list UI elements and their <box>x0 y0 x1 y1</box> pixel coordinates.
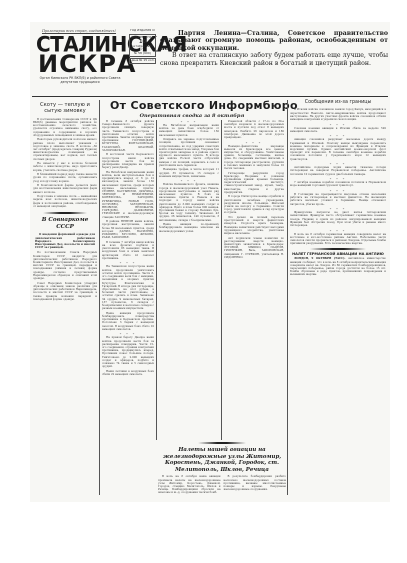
paragraph: Не имеется у нас в колхозе большой забот… <box>33 162 97 172</box>
paragraph: Наша авиация по-прежнему бомбардировала … <box>159 223 219 233</box>
paragraph: Опираясь на заранее подготовленные позиц… <box>159 138 219 167</box>
divider <box>43 212 87 214</box>
column-rule <box>287 100 288 495</box>
column-rule <box>156 120 157 440</box>
paragraph: В городе Пятигорске немцы ограбили и уни… <box>224 195 284 214</box>
issue-box: ВОСКРЕСЕНЬЕ 10 октября 1943 г. № 58 (900… <box>129 34 156 57</box>
paragraph: В восточной части Керченского полуостров… <box>102 153 154 169</box>
paragraph: На Витебском направлении наши войска за … <box>159 124 219 137</box>
aviation-body: В ночь на 8 октября наша авиация произве… <box>158 475 286 494</box>
paragraph: На Витебском направлении наши войска, ве… <box>102 171 154 219</box>
paragraph: Некоторые руководители колхозов нашего р… <box>33 138 97 160</box>
year-label: ГОД ИЗДАНИЯ IX <box>129 28 156 32</box>
paragraph: Союзная военная авиация в Италии сбила з… <box>290 127 386 133</box>
paragraph: Подготовка к зимовке скота — важнейшая з… <box>33 195 97 208</box>
air-raid-headline: НАЛЕТ ГЕРМАНСКОЙ АВИАЦИИ НА АНГЛИЮ <box>290 252 386 256</box>
paragraph: Гитлеровцы разрушили город Краснодар. Вз… <box>224 172 284 194</box>
paragraph: В течение 7 октября наши войска на всех … <box>102 241 154 260</box>
abroad-headline: Сообщения из-за границы <box>290 100 386 106</box>
paragraph: В ближайший период надо также вынести ур… <box>33 173 97 183</box>
newspaper-page: Пролетарии всех стран, соединяйтесь! СТА… <box>30 22 390 502</box>
paragraph: В течение 8 октября войска Северо-Кавказ… <box>102 120 154 152</box>
divider <box>310 248 366 250</box>
issue-block: ГОД ИЗДАНИЯ IX ВОСКРЕСЕНЬЕ 10 октября 19… <box>129 28 156 64</box>
paragraph: Наша авиация продолжала бомбардировать п… <box>102 312 154 331</box>
sovinformburo-subheadline: Оперативная сводка за 8 октября <box>122 113 262 119</box>
paragraph: В постановлении Совнаркома СССР и ЦК ВКП… <box>33 118 97 137</box>
organ-subtitle: Орган Киевского РК ВКП(б) и районного Со… <box>34 76 126 84</box>
banner-line1: Партия Ленина—Сталина, Советское правите… <box>160 30 388 52</box>
paragraph: Совет Народных Комиссаров утвердил образ… <box>33 282 97 301</box>
paragraph: В Голландии не прекращаются массовые отк… <box>290 193 386 206</box>
masthead-rule <box>32 96 388 97</box>
paragraph: В ночь на 8 октября наша авиация произве… <box>158 475 221 494</box>
air-raid-body: ЛОНДОН, 9 ОКТЯБРЯ (ТАСС). Английское мин… <box>290 257 386 276</box>
paragraph: В Италии войска союзников заняли город К… <box>290 108 386 121</box>
sovinformburo-headline: От Советского Информбюро <box>110 99 298 112</box>
paragraph: Авиация союзников разрушает железные дор… <box>290 138 386 160</box>
sovinformburo-col1: В течение 8 октября войска Северо-Кавказ… <box>102 120 154 378</box>
sovinformburo-col3: Ровенской области с 17-го по 30-е сентяб… <box>224 120 284 260</box>
paragraph: В результате бомбардировки разбито неско… <box>224 475 287 494</box>
paragraph: 7 октября военные корабли союзников пото… <box>290 181 386 187</box>
paragraph: Английские подводные лодки нанесли тяжел… <box>290 166 386 176</box>
paragraph: Французские патриоты не дают житья гитле… <box>290 211 386 227</box>
left-column: Скоту — теплую и сытую зимовку В постано… <box>33 102 97 302</box>
column-rule <box>221 120 222 440</box>
issue-serial: № 58 (900) <box>131 52 154 56</box>
paragraph: В Комсомольской ферме делается мало для … <box>33 184 97 194</box>
paragraph: По постановлению Совета Народных Комисса… <box>33 251 97 280</box>
paragraph: На Таманском полуострове наши войска про… <box>102 265 154 310</box>
paragraph: Немецко-фашистские мерзавцы вывезли из К… <box>224 145 284 171</box>
paragraph: Немецкие трофеи, в числе которых 11 оруд… <box>159 168 219 178</box>
article-headline-livestock: Скоту — теплую и сытую зимовку <box>33 102 97 115</box>
column-rule <box>99 100 100 495</box>
abroad-column: Сообщения из-за границы В Италии войска … <box>290 100 386 277</box>
air-raid-text: Английское министерство авиации сообщает… <box>290 257 386 276</box>
aviation-article: Налеты нашей авиации на железнодорожные … <box>158 442 286 495</box>
paragraph: В ночь на 8 октября германская авиация с… <box>290 233 386 246</box>
banner-slogan: Партия Ленина—Сталина, Советское правите… <box>160 30 388 67</box>
paragraph: В районе НЕВЕЛЯ наши войска, продолжая н… <box>102 220 154 239</box>
aviation-headline: Налеты нашей авиации на железнодорожные … <box>158 447 286 473</box>
paragraph: Это далеко не полный перечень преступлен… <box>224 216 284 235</box>
paragraph: Войска Калининского фронта, взявшие горо… <box>159 183 219 221</box>
paragraph: Акт подписали члены комиссии по расследо… <box>224 237 284 259</box>
title-line2: ИСКРА <box>38 53 128 75</box>
paragraph: Наши летчики в воздушных боях сбили 22 н… <box>102 370 154 376</box>
paragraph: На правом берегу Днепра наши войска прод… <box>102 336 154 368</box>
sovnarkom-lead: О введении форменной одежды для дипломат… <box>35 233 95 249</box>
sovinformburo-col2: * * * На Витебском направлении наши войс… <box>159 120 219 234</box>
paragraph: Ровенской области с 17-го по 30-е сентяб… <box>224 120 284 139</box>
price-box: Цена № 15 коп. <box>129 58 156 64</box>
article-headline-sovnarkom: В Совнаркоме СССР <box>33 217 97 232</box>
banner-line2: В ответ на сталинскую заботу будем работ… <box>160 52 388 67</box>
divider <box>198 442 246 444</box>
